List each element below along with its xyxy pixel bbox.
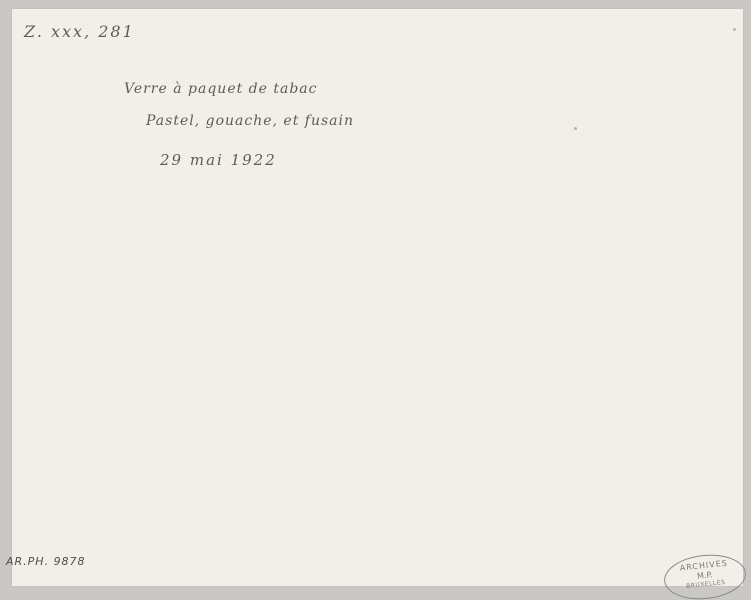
- paper-speck: [574, 127, 577, 130]
- annotation-title: Verre à paquet de tabac: [124, 81, 318, 97]
- photo-verso-paper: [12, 9, 743, 586]
- reference-number: Z. xxx, 281: [24, 22, 135, 41]
- annotation-date: 29 mai 1922: [160, 151, 277, 169]
- annotation-medium: Pastel, gouache, et fusain: [146, 113, 354, 129]
- paper-speck: [733, 28, 736, 31]
- archive-number: AR.PH. 9878: [6, 555, 86, 568]
